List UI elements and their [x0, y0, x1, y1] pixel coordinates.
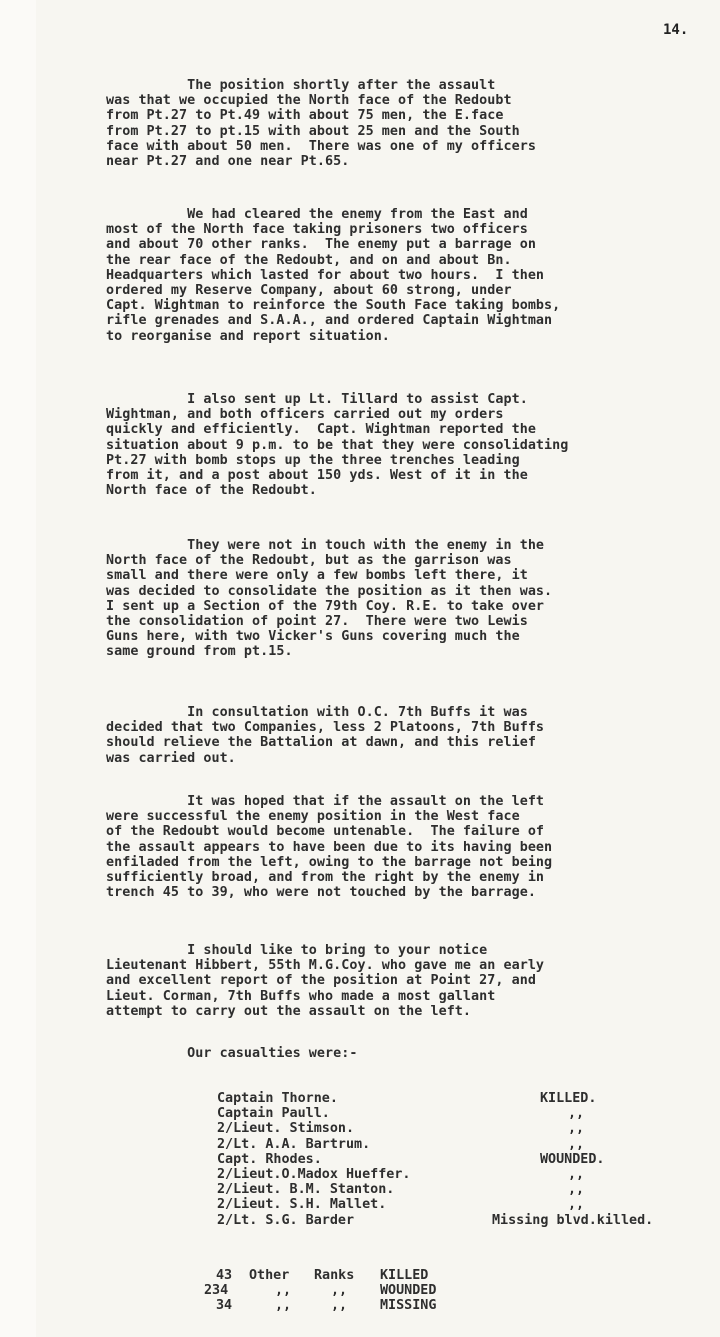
casualty-status: WOUNDED. [540, 1152, 605, 1167]
casualty-name: Captain Thorne. [217, 1091, 338, 1106]
paragraph-line: enfiladed from the left, owing to the ba… [106, 855, 552, 870]
casualty-status: ,, [568, 1167, 584, 1182]
paragraph-line: situation about 9 p.m. to be that they w… [106, 438, 568, 453]
other-ranks-col2: ,, [331, 1298, 347, 1313]
paragraph-line: attempt to carry out the assault on the … [106, 1004, 471, 1019]
paragraph-line: small and there were only a few bombs le… [106, 568, 528, 583]
paragraph-line: was that we occupied the North face of t… [106, 93, 512, 108]
casualty-status: ,, [568, 1121, 584, 1136]
paragraph-line: from Pt.27 to pt.15 with about 25 men an… [106, 124, 520, 139]
paragraph-line: I should like to bring to your notice [106, 943, 487, 958]
paragraph-line: from it, and a post about 150 yds. West … [106, 468, 528, 483]
paragraph-line: face with about 50 men. There was one of… [106, 139, 536, 154]
paragraph-line: North face of the Redoubt. [106, 483, 317, 498]
paragraph-line: were successful the enemy position in th… [106, 809, 520, 824]
paragraph-line: North face of the Redoubt, but as the ga… [106, 553, 512, 568]
paragraph-line: quickly and efficiently. Capt. Wightman … [106, 422, 536, 437]
paragraph-line: sufficiently broad, and from the right b… [106, 870, 544, 885]
paragraph-line: Guns here, with two Vicker's Guns coveri… [106, 629, 520, 644]
casualty-status: ,, [568, 1137, 584, 1152]
casualty-name: 2/Lieut. S.H. Mallet. [217, 1197, 386, 1212]
paragraph-line: decided that two Companies, less 2 Plato… [106, 720, 544, 735]
paragraph-line: the consolidation of point 27. There wer… [106, 614, 528, 629]
casualty-status: ,, [568, 1106, 584, 1121]
casualty-status: ,, [568, 1197, 584, 1212]
other-ranks-status: MISSING [380, 1298, 436, 1313]
page-margin [0, 0, 36, 1337]
paragraph-line: The position shortly after the assault [106, 78, 495, 93]
paragraph-line: was decided to consolidate the position … [106, 584, 552, 599]
other-ranks-count: 43 [216, 1268, 232, 1283]
other-ranks-col1: ,, [275, 1283, 291, 1298]
paragraph-line: Our casualties were:- [106, 1046, 357, 1061]
paragraph-line: of the Redoubt would become untenable. T… [106, 824, 544, 839]
paragraph-line: most of the North face taking prisoners … [106, 222, 528, 237]
paragraph-line: I sent up a Section of the 79th Coy. R.E… [106, 599, 544, 614]
other-ranks-col1: Other [249, 1268, 289, 1283]
paragraph-line: Wightman, and both officers carried out … [106, 407, 503, 422]
other-ranks-col2: Ranks [314, 1268, 354, 1283]
other-ranks-status: WOUNDED [380, 1283, 436, 1298]
other-ranks-status: KILLED [380, 1268, 428, 1283]
paragraph-line: Headquarters which lasted for about two … [106, 268, 544, 283]
other-ranks-col1: ,, [275, 1298, 291, 1313]
paragraph-line: should relieve the Battalion at dawn, an… [106, 735, 536, 750]
casualty-status: KILLED. [540, 1091, 596, 1106]
casualty-status: ,, [568, 1182, 584, 1197]
casualty-name: 2/Lt. S.G. Barder [217, 1213, 354, 1228]
paragraph-line: to reorganise and report situation. [106, 329, 390, 344]
paragraph-line: and about 70 other ranks. The enemy put … [106, 237, 536, 252]
paragraph-line: rifle grenades and S.A.A., and ordered C… [106, 313, 552, 328]
paragraph-line: We had cleared the enemy from the East a… [106, 207, 528, 222]
other-ranks-count: 234 [204, 1283, 228, 1298]
casualty-name: 2/Lt. A.A. Bartrum. [217, 1137, 370, 1152]
page-number: 14. [663, 22, 688, 38]
casualty-name: 2/Lieut.O.Madox Hueffer. [217, 1167, 410, 1182]
paragraph-line: I also sent up Lt. Tillard to assist Cap… [106, 392, 528, 407]
paragraph-line: Capt. Wightman to reinforce the South Fa… [106, 298, 560, 313]
casualty-name: Captain Paull. [217, 1106, 330, 1121]
paragraph-line: from Pt.27 to Pt.49 with about 75 men, t… [106, 108, 503, 123]
casualty-name: 2/Lieut. B.M. Stanton. [217, 1182, 394, 1197]
paragraph-line: trench 45 to 39, who were not touched by… [106, 885, 536, 900]
paragraph-line: It was hoped that if the assault on the … [106, 794, 544, 809]
paragraph-line: They were not in touch with the enemy in… [106, 538, 544, 553]
paragraph-line: the assault appears to have been due to … [106, 840, 552, 855]
paragraph-line: Lieutenant Hibbert, 55th M.G.Coy. who ga… [106, 958, 544, 973]
casualty-status: Missing blvd.killed. [492, 1213, 653, 1228]
paragraph-line: ordered my Reserve Company, about 60 str… [106, 283, 512, 298]
paragraph-line: same ground from pt.15. [106, 644, 293, 659]
paragraph-line: Lieut. Corman, 7th Buffs who made a most… [106, 989, 495, 1004]
paragraph-line: was carried out. [106, 751, 236, 766]
paragraph-line: Pt.27 with bomb stops up the three trenc… [106, 453, 520, 468]
other-ranks-count: 34 [216, 1298, 232, 1313]
other-ranks-col2: ,, [331, 1283, 347, 1298]
paragraph-line: and excellent report of the position at … [106, 973, 536, 988]
casualty-name: 2/Lieut. Stimson. [217, 1121, 354, 1136]
casualty-name: Capt. Rhodes. [217, 1152, 322, 1167]
paragraph-line: In consultation with O.C. 7th Buffs it w… [106, 705, 528, 720]
paragraph-line: the rear face of the Redoubt, and on and… [106, 253, 512, 268]
paragraph-line: near Pt.27 and one near Pt.65. [106, 154, 349, 169]
